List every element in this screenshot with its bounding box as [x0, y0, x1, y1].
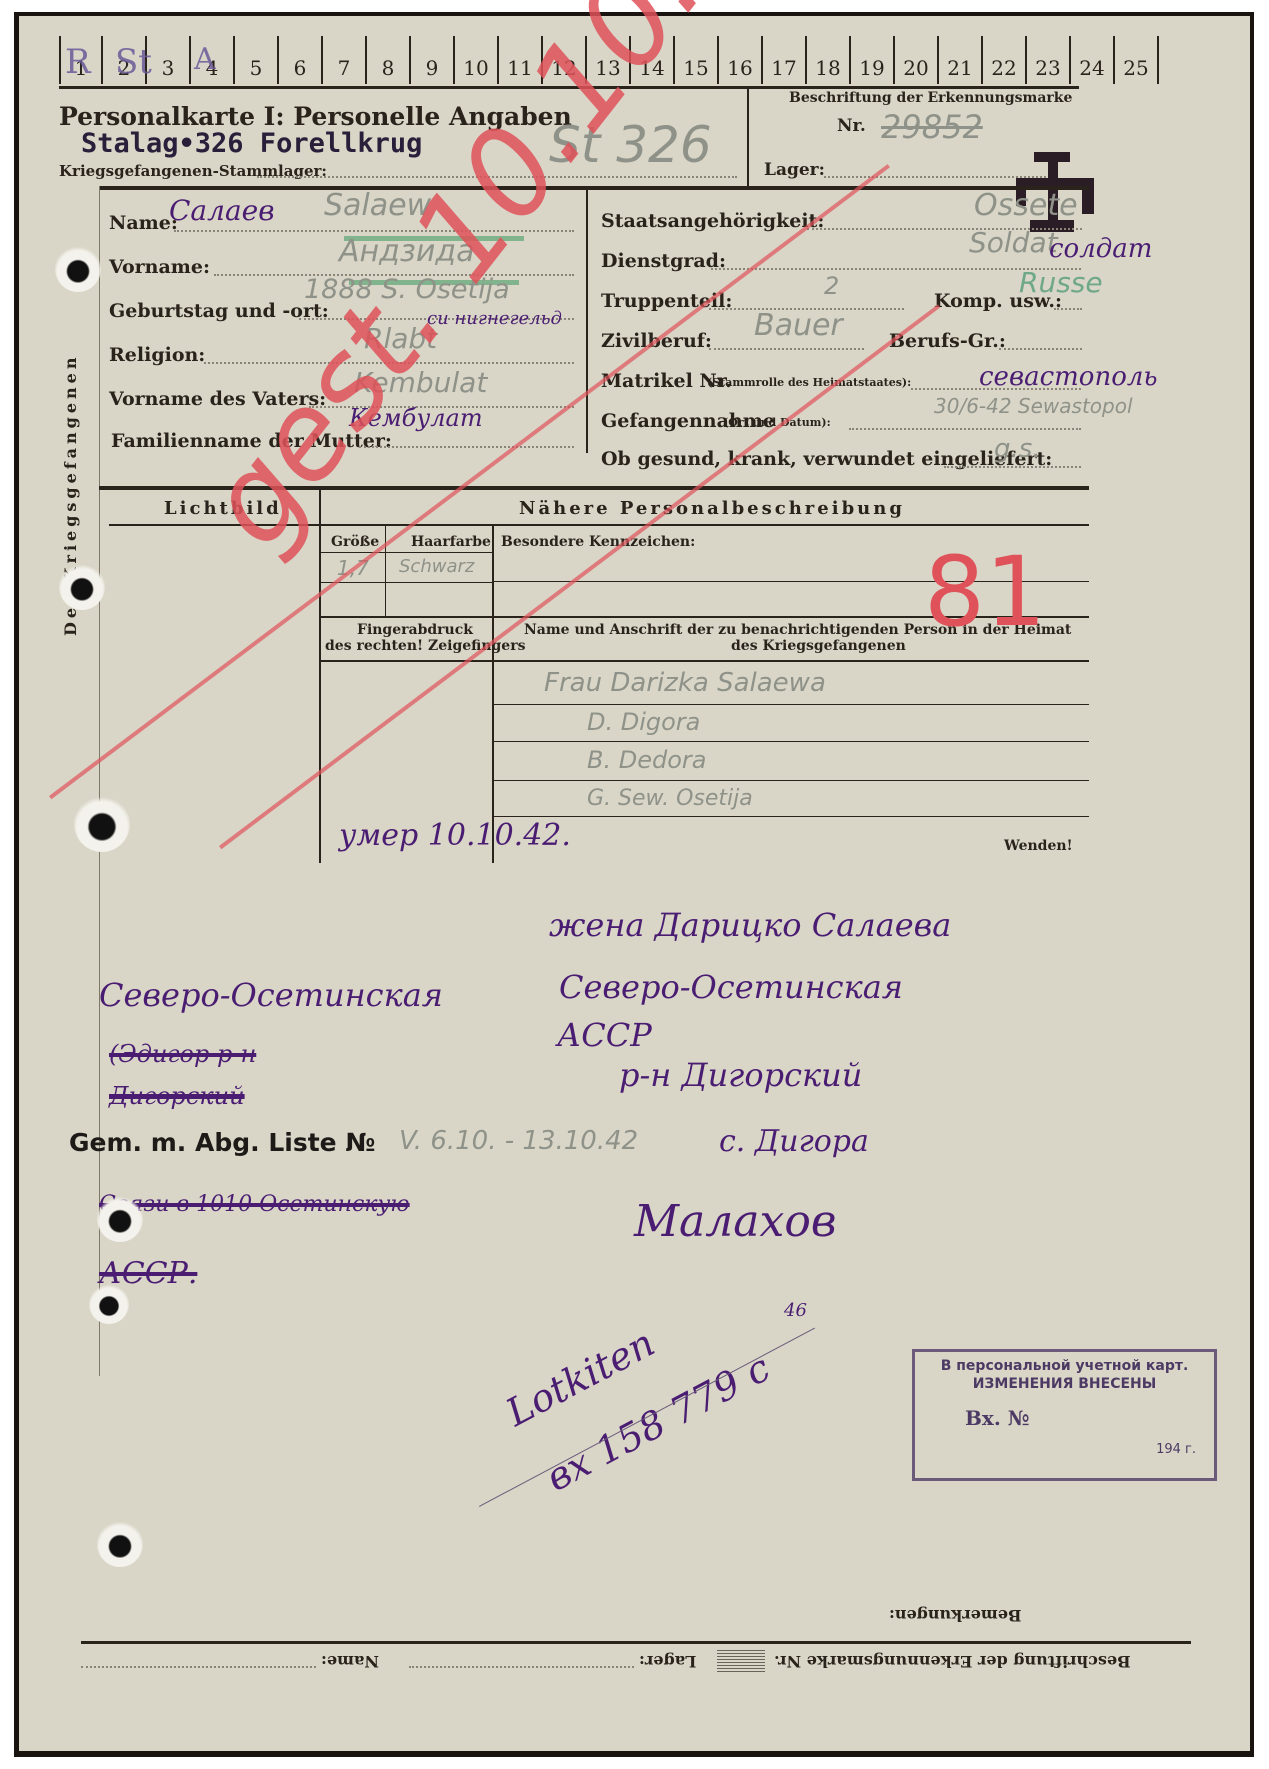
kennzeichen-label: Besondere Kennzeichen: [501, 534, 695, 550]
tag-lager-label: Lager: [764, 160, 825, 180]
ru-stamp: В персональной учетной карт. ИЗМЕНЕНИЯ В… [912, 1349, 1217, 1481]
column-number: 6 [279, 36, 323, 84]
column-number: 8 [367, 36, 411, 84]
ru-line-3: АССР [557, 1016, 652, 1054]
stalag-stamp: Stalag•326 Forellkrug [81, 128, 422, 159]
name-label: Name: [109, 212, 178, 234]
contact-line-4: G. Sew. Osetija [587, 786, 753, 811]
dienstgrad-cyrillic: солдат [1049, 234, 1152, 264]
column-number: 18 [807, 36, 851, 84]
punch-hole [89, 1284, 129, 1324]
punch-hole [97, 1196, 143, 1242]
column-number: 20 [895, 36, 939, 84]
finger-label-1: Fingerabdruck [357, 622, 473, 638]
berufs-label: Berufs-Gr.: [889, 330, 1006, 352]
stamp-mark-a: A [194, 42, 216, 77]
gefangen-value: 30/6-42 Sewastopol [934, 394, 1133, 418]
struck-note-3: Связи в 1010 Осетинскую [99, 1192, 410, 1217]
zivil-value: Bauer [754, 308, 843, 343]
religion-label: Religion: [109, 344, 205, 366]
ru-line-2-right: Северо-Осетинская [559, 968, 903, 1006]
column-number: 23 [1027, 36, 1071, 84]
contact-label-2: des Kriegsgefangenen [731, 638, 906, 654]
staat-label: Staatsangehörigkeit: [601, 210, 824, 232]
matrikel-sub: (Stammrolle des Heimatstaates): [707, 376, 911, 389]
tag-nr-label: Nr. [837, 116, 866, 136]
gem-value: V. 6.10. - 13.10.42 [399, 1126, 638, 1156]
matrikel-value: севастополь [979, 362, 1158, 392]
stamp-mark-st: St [115, 42, 152, 82]
groesse-label: Größe [331, 534, 379, 550]
footer-name: Name: [321, 1652, 379, 1671]
gem-place: с. Дигора [719, 1124, 869, 1159]
gesund-value: g.s. [994, 434, 1041, 464]
section-title: Nähere Personalbeschreibung [519, 498, 905, 519]
haar-label: Haarfarbe [411, 534, 491, 550]
tag-nr-value: 29852 [881, 108, 983, 146]
footer-beschriftung: Beschriftung der Erkennungsmarke Nr. [774, 1652, 1131, 1671]
staat-value: Ossete [974, 188, 1078, 223]
contact-line-2: D. Digora [587, 708, 700, 736]
column-number: 7 [323, 36, 367, 84]
column-number: 22 [983, 36, 1027, 84]
geburt-label: Geburtstag und -ort: [109, 300, 329, 322]
struck-note-1: (Эдигор р-н [109, 1040, 256, 1068]
bemerkungen-label: Bemerkungen: [889, 1606, 1022, 1625]
ru-stamp-line-1: В персональной учетной карт. [915, 1358, 1214, 1374]
pow-record-card: 1234567891011121314151617181920212223242… [14, 12, 1254, 1757]
truppen-value: 2 [824, 272, 839, 300]
name-value-cyrillic: Салаев [169, 194, 275, 227]
column-number: 9 [411, 36, 455, 84]
contact-line-3: B. Dedora [587, 746, 706, 774]
punch-hole [97, 1521, 143, 1567]
vorname-label: Vorname: [109, 256, 210, 278]
dienstgrad-value: Soldat [969, 226, 1058, 259]
punch-hole [59, 564, 105, 610]
footer-lager: Lager: [639, 1652, 696, 1671]
tag-heading: Beschriftung der Erkennungsmarke [789, 90, 1072, 106]
ru-stamp-line-4: 194 г. [915, 1442, 1196, 1457]
ru-line-4: р-н Дигорский [619, 1056, 862, 1094]
red-number: 81 [924, 536, 1046, 648]
komp-value: Russe [1019, 266, 1103, 299]
column-number: 5 [235, 36, 279, 84]
punch-hole [74, 796, 130, 852]
column-number: 17 [763, 36, 807, 84]
contact-line-1: Frau Darizka Salaewa [544, 668, 826, 698]
gem-label: Gem. m. Abg. Liste № [69, 1128, 375, 1157]
ru-stamp-line-2: ИЗМЕНЕНИЯ ВНЕСЕНЫ [915, 1376, 1214, 1392]
signature: Малахов [634, 1196, 836, 1247]
column-number: 16 [719, 36, 763, 84]
ru-stamp-line-3: Вх. № [965, 1406, 1214, 1430]
haar-value: Schwarz [399, 556, 474, 577]
stamp-mark-r: R [65, 42, 91, 82]
diag-note-sup: 46 [784, 1300, 807, 1321]
column-number: 19 [851, 36, 895, 84]
column-number: 24 [1071, 36, 1115, 84]
punch-hole [55, 246, 101, 292]
struck-note-2: Дигорский [109, 1082, 245, 1110]
dienstgrad-label: Dienstgrad: [601, 250, 726, 272]
column-number: 3 [147, 36, 191, 84]
column-number: 21 [939, 36, 983, 84]
death-note: умер 10.10.42. [339, 818, 571, 853]
column-number: 10 [455, 36, 499, 84]
wenden-label: Wenden! [1004, 838, 1073, 854]
column-number: 25 [1115, 36, 1159, 84]
ru-line-2-left: Северо-Осетинская [99, 976, 443, 1014]
ru-line-1: жена Дарицко Салаева [549, 906, 951, 944]
